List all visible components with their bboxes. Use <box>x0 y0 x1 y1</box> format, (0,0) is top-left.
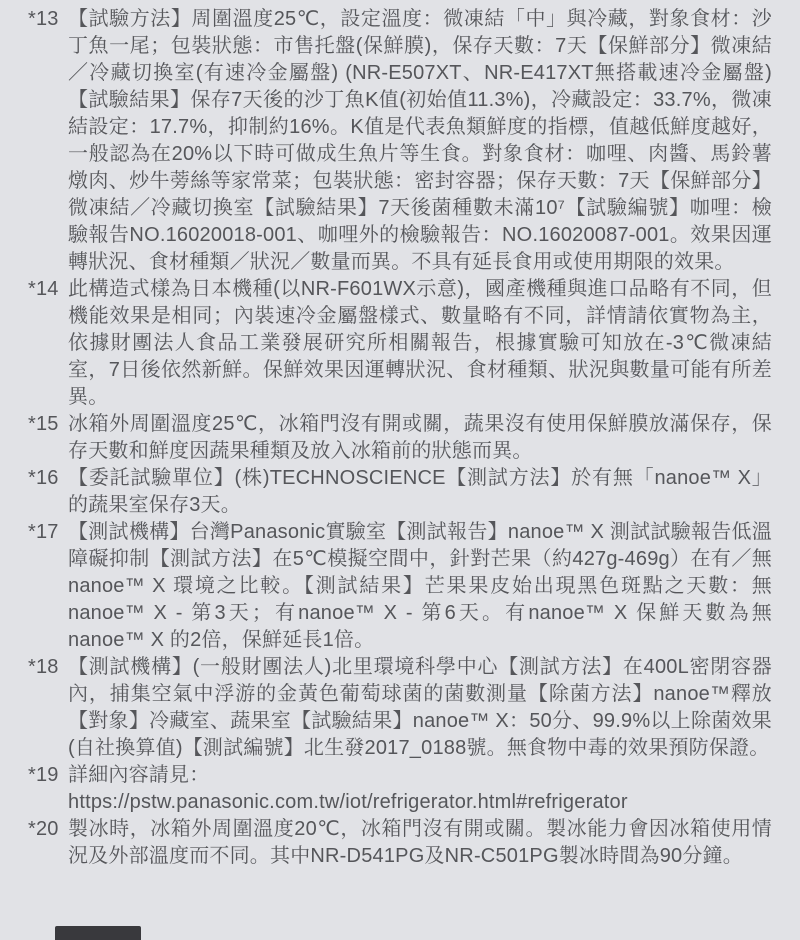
footnote-marker: *13 <box>28 6 68 33</box>
footnote-paragraph: 【測試機構】(一般財團法人)北里環境科學中心【測試方法】在400L密閉容器內，捕… <box>68 654 772 762</box>
footnote-marker: *18 <box>28 654 68 681</box>
footnote-marker: *19 <box>28 762 68 789</box>
footnote-paragraph: 詳細內容請見： <box>68 762 772 789</box>
footnote-item: *15冰箱外周圍溫度25℃，冰箱門沒有開或關，蔬果沒有使用保鮮膜放滿保存，保存天… <box>28 411 772 465</box>
footnote-item: *13【試驗方法】周圍溫度25℃，設定溫度：微凍結「中」與冷藏，對象食材：沙丁魚… <box>28 6 772 276</box>
footnote-text: 【測試機構】台灣Panasonic實驗室【測試報告】nanoe™ X 測試試驗報… <box>68 519 772 654</box>
footnote-text: 此構造式樣為日本機種(以NR-F601WX示意)，國產機種與進口品略有不同，但機… <box>68 276 772 411</box>
footnote-text: 冰箱外周圍溫度25℃，冰箱門沒有開或關，蔬果沒有使用保鮮膜放滿保存，保存天數和鮮… <box>68 411 772 465</box>
disclaimer-page: *13【試驗方法】周圍溫度25℃，設定溫度：微凍結「中」與冷藏，對象食材：沙丁魚… <box>0 0 800 940</box>
footnote-text: 製冰時，冰箱外周圍溫度20℃，冰箱門沒有開或關。製冰能力會因冰箱使用情況及外部溫… <box>68 816 772 870</box>
footnote-list: *13【試驗方法】周圍溫度25℃，設定溫度：微凍結「中」與冷藏，對象食材：沙丁魚… <box>28 6 772 870</box>
footnote-text: 【委託試驗單位】(株)TECHNOSCIENCE【測試方法】於有無「nanoe™… <box>68 465 772 519</box>
footnote-marker: *14 <box>28 276 68 303</box>
footnote-item: *18【測試機構】(一般財團法人)北里環境科學中心【測試方法】在400L密閉容器… <box>28 654 772 762</box>
footnote-marker: *16 <box>28 465 68 492</box>
footnote-item: *17【測試機構】台灣Panasonic實驗室【測試報告】nanoe™ X 測試… <box>28 519 772 654</box>
footnote-paragraph: 此構造式樣為日本機種(以NR-F601WX示意)，國產機種與進口品略有不同，但機… <box>68 276 772 411</box>
footnote-marker: *20 <box>28 816 68 843</box>
footnote-paragraph: 【委託試驗單位】(株)TECHNOSCIENCE【測試方法】於有無「nanoe™… <box>68 465 772 519</box>
footnote-paragraph: 【試驗方法】周圍溫度25℃，設定溫度：微凍結「中」與冷藏，對象食材：沙丁魚一尾；… <box>68 6 772 276</box>
footnote-paragraph: 製冰時，冰箱外周圍溫度20℃，冰箱門沒有開或關。製冰能力會因冰箱使用情況及外部溫… <box>68 816 772 870</box>
footnote-text: 【測試機構】(一般財團法人)北里環境科學中心【測試方法】在400L密閉容器內，捕… <box>68 654 772 762</box>
footnote-marker: *15 <box>28 411 68 438</box>
footnote-item: *20製冰時，冰箱外周圍溫度20℃，冰箱門沒有開或關。製冰能力會因冰箱使用情況及… <box>28 816 772 870</box>
footnote-text: 詳細內容請見：https://pstw.panasonic.com.tw/iot… <box>68 762 772 816</box>
footnote-item: *19詳細內容請見：https://pstw.panasonic.com.tw/… <box>28 762 772 816</box>
footnote-marker: *17 <box>28 519 68 546</box>
footnote-item: *14此構造式樣為日本機種(以NR-F601WX示意)，國產機種與進口品略有不同… <box>28 276 772 411</box>
partially-visible-bottom-element <box>55 926 141 940</box>
footnote-text: 【試驗方法】周圍溫度25℃，設定溫度：微凍結「中」與冷藏，對象食材：沙丁魚一尾；… <box>68 6 772 276</box>
footnote-item: *16【委託試驗單位】(株)TECHNOSCIENCE【測試方法】於有無「nan… <box>28 465 772 519</box>
footnote-paragraph: 【測試機構】台灣Panasonic實驗室【測試報告】nanoe™ X 測試試驗報… <box>68 519 772 654</box>
refrigerator-details-url-link[interactable]: https://pstw.panasonic.com.tw/iot/refrig… <box>68 789 772 816</box>
footnote-paragraph: 冰箱外周圍溫度25℃，冰箱門沒有開或關，蔬果沒有使用保鮮膜放滿保存，保存天數和鮮… <box>68 411 772 465</box>
